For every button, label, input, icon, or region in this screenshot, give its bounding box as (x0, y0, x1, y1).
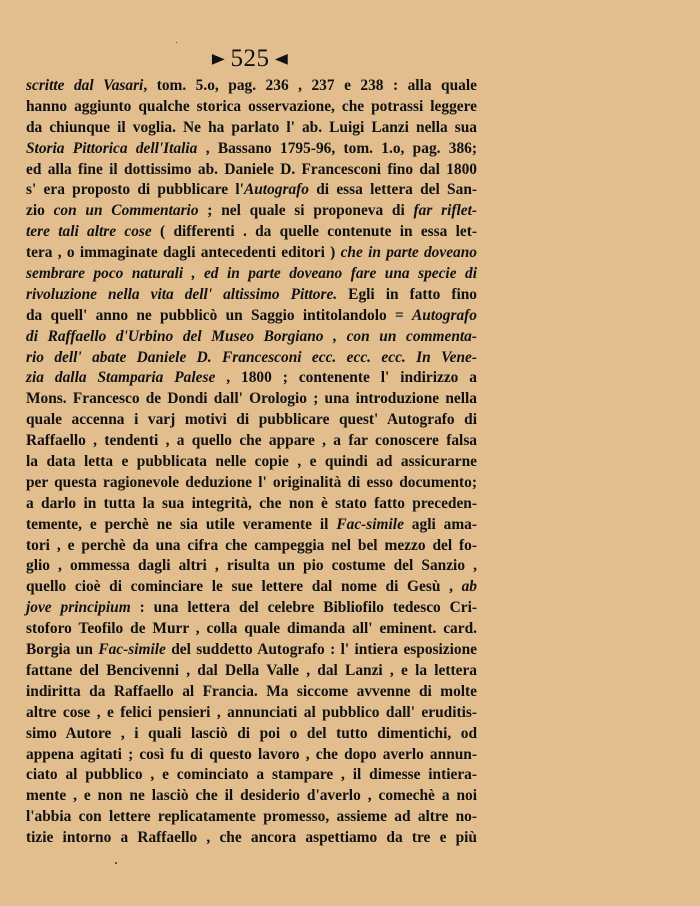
text-line: di Raffaello d'Urbino del Museo Borgiano… (26, 327, 477, 348)
text-line: Raffaello , tendenti , a quello che appa… (26, 431, 477, 452)
text-line: quello cioè di cominciare le sue lettere… (26, 577, 477, 598)
text-line: Mons. Francesco de Dondi dall' Orologio … (26, 389, 477, 410)
text-segment: Borgia un (26, 641, 98, 658)
text-line: temente, e perchè ne sia utile veramente… (26, 515, 477, 536)
text-line: fattane del Bencivenni , dal Della Valle… (26, 661, 477, 682)
text-segment: stoforo Teofilo de Murr , colla quale di… (26, 620, 477, 637)
page-header: ▶525◀ (150, 44, 350, 75)
text-segment: ( differenti . da quelle contenute in es… (152, 223, 477, 240)
text-line: da quell' anno ne pubblicò un Saggio int… (26, 306, 477, 327)
italic-text: Autografo (412, 307, 477, 324)
text-line: zia dalla Stamparia Palese , 1800 ; cont… (26, 368, 477, 389)
text-segment: quello cioè di cominciare le sue lettere… (26, 578, 462, 595)
italic-text: Fac-simile (98, 641, 166, 658)
text-line: da chiunque il voglia. Ne ha parlato l' … (26, 118, 477, 139)
text-segment: Egli in fatto fino (337, 286, 477, 303)
italic-text: rivoluzione nella vita dell' altissimo P… (26, 286, 337, 303)
text-segment: indiritta da Raffaello al Francia. Ma si… (26, 683, 477, 700)
text-line: indiritta da Raffaello al Francia. Ma si… (26, 682, 477, 703)
italic-text: Storia Pittorica dell'Italia (26, 140, 197, 157)
italic-text: Fac-simile (336, 516, 404, 533)
text-line: tizie intorno a Raffaello , che ancora a… (26, 828, 477, 849)
text-segment: ed alla fine il dottissimo ab. Daniele D… (26, 161, 477, 178)
text-segment: da quell' anno ne pubblicò un Saggio int… (26, 307, 412, 324)
text-segment: simo Autore , i quali lasciò di poi o de… (26, 725, 477, 742)
text-segment: di essa lettera del San- (309, 181, 477, 198)
text-line: rivoluzione nella vita dell' altissimo P… (26, 285, 477, 306)
text-segment: agli ama- (404, 516, 477, 533)
italic-text: ab (462, 578, 477, 595)
italic-text: di Raffaello d'Urbino del Museo Borgiano… (26, 328, 477, 345)
text-line: ciato al pubblico , e cominciato a stamp… (26, 765, 477, 786)
document-page: ▶525◀ scritte dal Vasari, tom. 5.o, pag.… (0, 0, 700, 906)
text-segment: altre cose , e felici pensieri , annunci… (26, 704, 477, 721)
text-line: a darlo in tutta la sua integrità, che n… (26, 494, 477, 515)
print-speck (115, 862, 117, 864)
text-segment: zio (26, 202, 54, 219)
text-segment: temente, e perchè ne sia utile veramente… (26, 516, 336, 533)
text-line: tera , o immaginate dagli antecedenti ed… (26, 243, 477, 264)
text-segment: : una lettera del celebre Bibliofilo ted… (131, 599, 477, 616)
text-line: simo Autore , i quali lasciò di poi o de… (26, 724, 477, 745)
text-segment: mente , e non ne lasciò che il desiderio… (26, 787, 477, 804)
text-segment: , tom. 5.o, pag. 236 , 237 e 238 : alla … (143, 77, 477, 94)
text-segment: tori , e perchè da una cifra che campegg… (26, 537, 477, 554)
text-segment: per questa ragionevole deduzione l' orig… (26, 474, 477, 491)
italic-text: rio dell' abate Daniele D. Francesconi e… (26, 349, 477, 366)
italic-text: zia dalla Stamparia Palese (26, 369, 215, 386)
text-line: ed alla fine il dottissimo ab. Daniele D… (26, 160, 477, 181)
text-line: tori , e perchè da una cifra che campegg… (26, 536, 477, 557)
text-segment: glio , ommessa dagli altri , risulta un … (26, 557, 477, 574)
italic-text: Autografo (244, 181, 309, 198)
page-number: 525 (231, 45, 270, 72)
text-segment: del suddetto Autografo : l' intiera espo… (166, 641, 477, 658)
text-segment: fattane del Bencivenni , dal Della Valle… (26, 662, 477, 679)
text-segment: Mons. Francesco de Dondi dall' Orologio … (26, 390, 477, 407)
italic-text: far riflet- (414, 202, 477, 219)
text-line: jove principium : una lettera del celebr… (26, 598, 477, 619)
text-line: l'abbia con lettere replicatamente prome… (26, 807, 477, 828)
text-line: Storia Pittorica dell'Italia , Bassano 1… (26, 139, 477, 160)
text-line: scritte dal Vasari, tom. 5.o, pag. 236 ,… (26, 76, 477, 97)
text-segment: ciato al pubblico , e cominciato a stamp… (26, 766, 477, 783)
text-segment: da chiunque il voglia. Ne ha parlato l' … (26, 119, 477, 136)
text-segment: tizie intorno a Raffaello , che ancora a… (26, 829, 477, 846)
text-line: altre cose , e felici pensieri , annunci… (26, 703, 477, 724)
text-line: sembrare poco naturali , ed in parte dov… (26, 264, 477, 285)
text-line: quale accenna i varj motivi di pubblicar… (26, 410, 477, 431)
text-segment: , Bassano 1795-96, tom. 1.o, pag. 386; (197, 140, 477, 157)
text-segment: ; nel quale si proponeva di (199, 202, 414, 219)
text-segment: quale accenna i varj motivi di pubblicar… (26, 411, 477, 428)
text-segment: Raffaello , tendenti , a quello che appa… (26, 432, 477, 449)
print-speck (176, 42, 177, 43)
text-segment: l'abbia con lettere replicatamente prome… (26, 808, 477, 825)
text-segment: appena agitati ; così fu di questo lavor… (26, 746, 477, 763)
text-segment: s' era proposto di pubblicare l' (26, 181, 244, 198)
text-line: appena agitati ; così fu di questo lavor… (26, 745, 477, 766)
text-line: tere tali altre cose ( differenti . da q… (26, 222, 477, 243)
pointing-right-ornament-icon: ▶ (212, 45, 226, 75)
text-line: zio con un Commentario ; nel quale si pr… (26, 201, 477, 222)
italic-text: scritte dal Vasari (26, 77, 143, 94)
text-line: mente , e non ne lasciò che il desiderio… (26, 786, 477, 807)
italic-text: sembrare poco naturali , ed in parte dov… (26, 265, 477, 282)
italic-text: con un Commentario (54, 202, 199, 219)
text-line: s' era proposto di pubblicare l'Autograf… (26, 180, 477, 201)
text-line: rio dell' abate Daniele D. Francesconi e… (26, 348, 477, 369)
pointing-left-ornament-icon: ◀ (274, 45, 288, 75)
text-segment: hanno aggiunto qualche storica osservazi… (26, 98, 477, 115)
text-line: glio , ommessa dagli altri , risulta un … (26, 556, 477, 577)
text-segment: , 1800 ; contenente l' indirizzo a (215, 369, 477, 386)
italic-text: tere tali altre cose (26, 223, 152, 240)
text-segment: la data letta e pubblicata nelle copie ,… (26, 453, 477, 470)
text-line: hanno aggiunto qualche storica osservazi… (26, 97, 477, 118)
text-segment: a darlo in tutta la sua integrità, che n… (26, 495, 477, 512)
text-line: per questa ragionevole deduzione l' orig… (26, 473, 477, 494)
italic-text: jove principium (26, 599, 131, 616)
text-line: stoforo Teofilo de Murr , colla quale di… (26, 619, 477, 640)
text-line: Borgia un Fac-simile del suddetto Autogr… (26, 640, 477, 661)
text-segment: tera , o immaginate dagli antecedenti ed… (26, 244, 341, 261)
body-text: scritte dal Vasari, tom. 5.o, pag. 236 ,… (26, 76, 477, 849)
italic-text: che in parte doveano (341, 244, 477, 261)
text-line: la data letta e pubblicata nelle copie ,… (26, 452, 477, 473)
